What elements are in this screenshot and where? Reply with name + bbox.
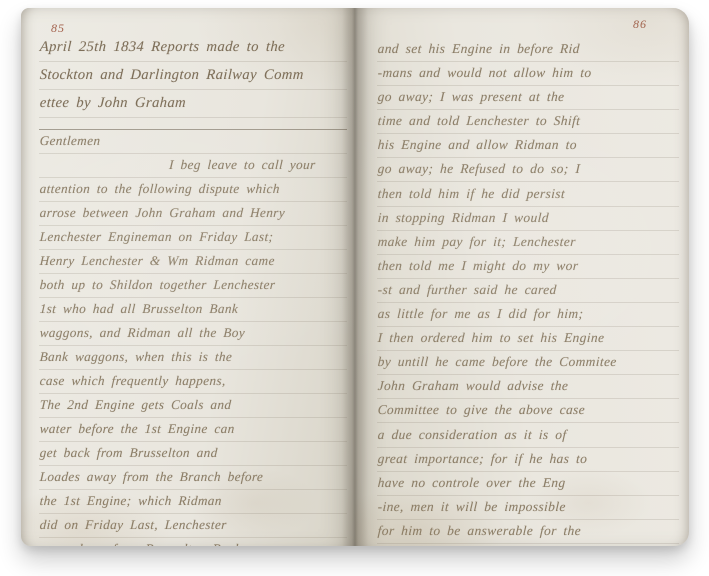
manuscript-line: Leading, which will place the Com <box>377 544 680 546</box>
manuscript-line: -ine, men it will be impossible <box>377 496 680 520</box>
manuscript-line: Henry Lenchester & Wm Ridman came <box>39 250 348 274</box>
manuscript-line: came down from Brusselton Bank <box>39 538 348 546</box>
manuscript-line: Bank waggons, when this is the <box>39 346 348 370</box>
right-page: 86 and set his Engine in before Rid -man… <box>355 8 689 546</box>
photo-background: 85 April 25th 1834 Reports made to the S… <box>0 0 709 576</box>
right-page-text: and set his Engine in before Rid -mans a… <box>377 38 679 546</box>
manuscript-line: -mans and would not allow him to <box>377 62 680 86</box>
right-page-number: 86 <box>633 17 647 32</box>
manuscript-line: ettee by John Graham <box>39 90 348 118</box>
manuscript-line: -st and further said he cared <box>377 279 680 303</box>
manuscript-line: I then ordered him to set his Engine <box>377 327 680 351</box>
manuscript-line: attention to the following dispute which <box>39 178 348 202</box>
manuscript-line: water before the 1st Engine can <box>39 418 348 442</box>
manuscript-line: April 25th 1834 Reports made to the <box>39 34 348 62</box>
manuscript-line: and set his Engine in before Rid <box>377 38 680 62</box>
manuscript-line: as little for me as I did for him; <box>377 303 680 327</box>
manuscript-line: I beg leave to call your <box>39 154 348 178</box>
manuscript-line: Gentlemen <box>39 130 348 154</box>
manuscript-book: 85 April 25th 1834 Reports made to the S… <box>21 8 689 546</box>
manuscript-line: for him to be answerable for the <box>377 520 680 544</box>
manuscript-line: Loades away from the Branch before <box>39 466 348 490</box>
manuscript-line: the 1st Engine; which Ridman <box>39 490 348 514</box>
manuscript-line: get back from Brusselton and <box>39 442 348 466</box>
manuscript-line: John Graham would advise the <box>377 375 680 399</box>
manuscript-line: by untill he came before the Commitee <box>377 351 680 375</box>
manuscript-line: in stopping Ridman I would <box>377 207 680 231</box>
manuscript-line: The 2nd Engine gets Coals and <box>39 394 348 418</box>
manuscript-line: Committee to give the above case <box>377 399 680 423</box>
manuscript-line: case which frequently happens, <box>39 370 348 394</box>
manuscript-line: Stockton and Darlington Railway Comm <box>39 62 348 90</box>
manuscript-line: arrose between John Graham and Henry <box>39 202 348 226</box>
manuscript-line: time and told Lenchester to Shift <box>377 110 680 134</box>
manuscript-line: 1st who had all Brusselton Bank <box>39 298 348 322</box>
left-page: 85 April 25th 1834 Reports made to the S… <box>21 8 355 546</box>
manuscript-line: Lenchester Engineman on Friday Last; <box>39 226 348 250</box>
manuscript-line: go away; he Refused to do so; I <box>377 158 680 182</box>
manuscript-line: go away; I was present at the <box>377 86 680 110</box>
manuscript-line: did on Friday Last, Lenchester <box>39 514 348 538</box>
manuscript-line: have no controle over the Eng <box>377 472 680 496</box>
manuscript-line: great importance; for if he has to <box>377 448 680 472</box>
manuscript-line: make him pay for it; Lenchester <box>377 231 680 255</box>
manuscript-line: a due consideration as it is of <box>377 424 680 448</box>
manuscript-line: then told him if he did persist <box>377 183 680 207</box>
manuscript-line: then told me I might do my wor <box>377 255 680 279</box>
manuscript-line <box>39 118 347 130</box>
manuscript-line: his Engine and allow Ridman to <box>377 134 680 158</box>
left-page-text: April 25th 1834 Reports made to the Stoc… <box>39 34 347 546</box>
manuscript-line: waggons, and Ridman all the Boy <box>39 322 348 346</box>
manuscript-line: both up to Shildon together Lenchester <box>39 274 348 298</box>
